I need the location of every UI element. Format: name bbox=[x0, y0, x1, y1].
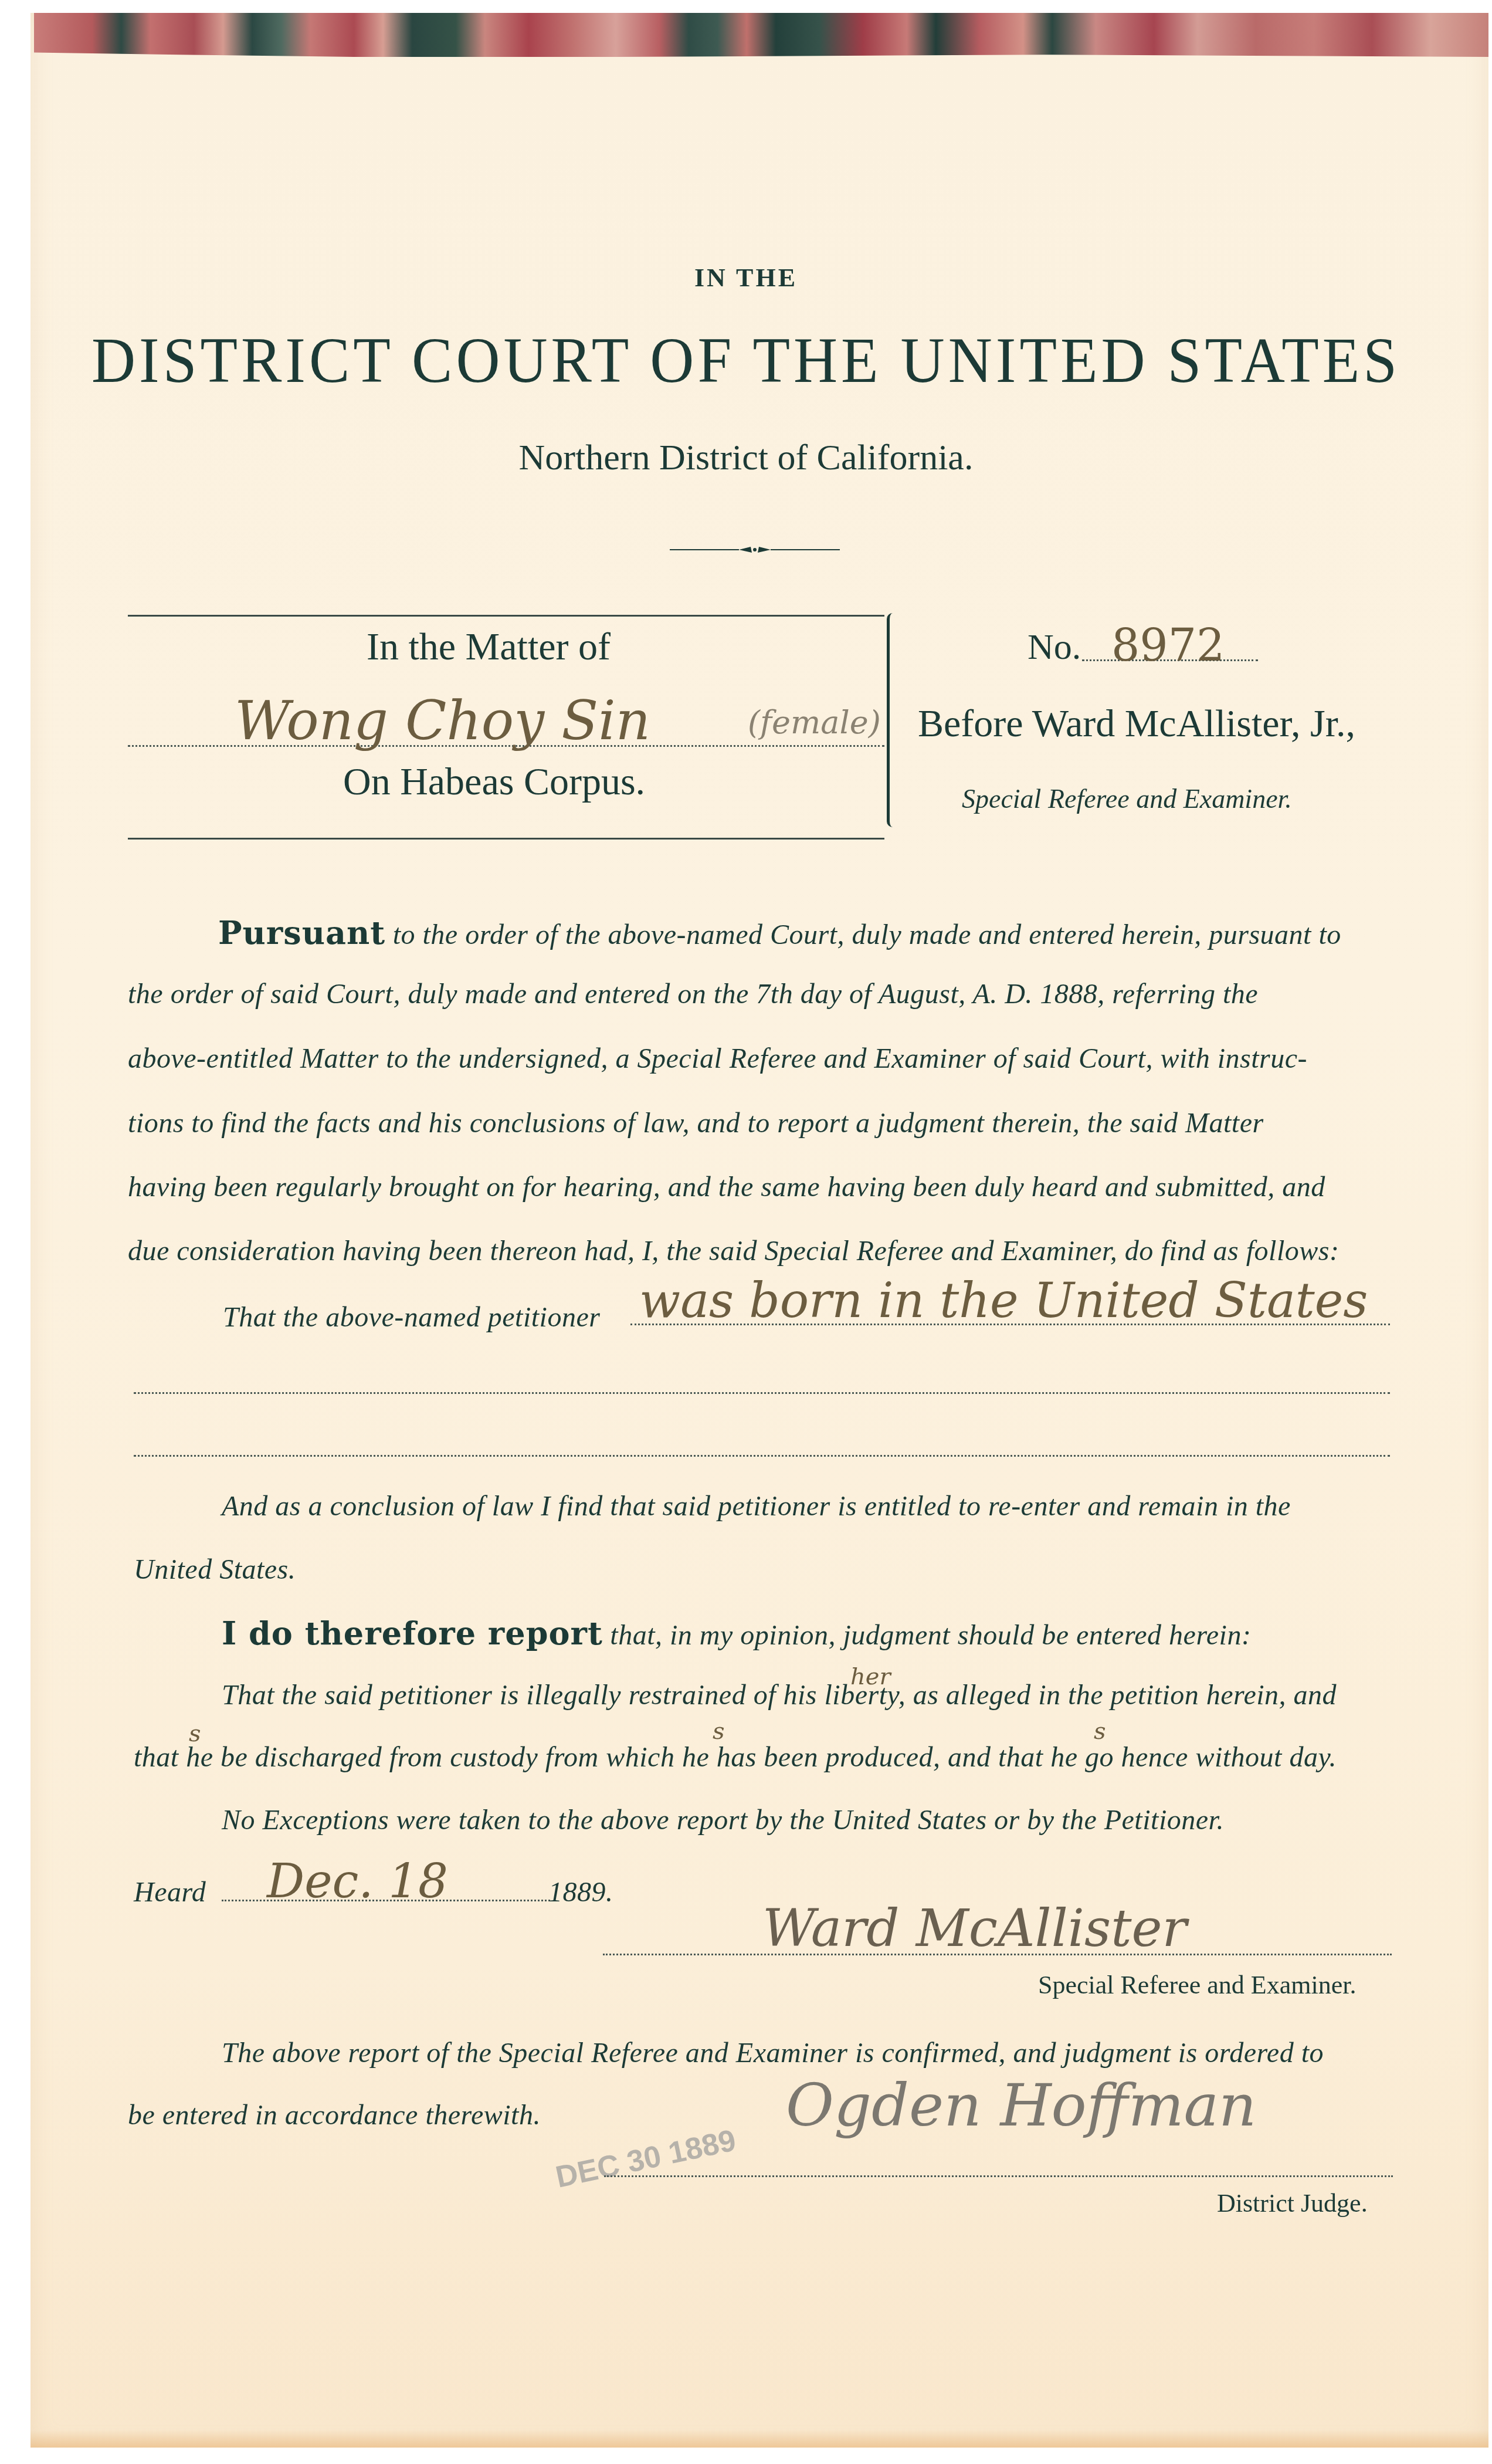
petitioner-note-handwritten: (female) bbox=[748, 704, 881, 741]
pursuant-lead: Pursuant bbox=[218, 914, 385, 952]
discharge-line: that he be discharged from custody from … bbox=[134, 1741, 1337, 1773]
referee-signature-title: Special Referee and Examiner. bbox=[1038, 1970, 1356, 2000]
paragraph-line-2: the order of said Court, duly made and e… bbox=[128, 978, 1258, 1010]
caption-bottom-rule bbox=[128, 838, 884, 840]
marbled-binding-strip bbox=[34, 13, 1488, 57]
finding-handwritten: was born in the United States bbox=[639, 1273, 1368, 1329]
referee-signature: Ward McAllister bbox=[762, 1898, 1187, 1958]
heard-label: Heard bbox=[134, 1876, 206, 1908]
caption-brace bbox=[887, 613, 900, 827]
court-name-heading: DISTRICT COURT OF THE UNITED STATES bbox=[0, 324, 1492, 397]
district-subheading: Northern District of California. bbox=[0, 437, 1492, 479]
paragraph-line-6: due consideration having been thereon ha… bbox=[128, 1235, 1339, 1267]
before-referee-text: Before Ward McAllister, Jr., bbox=[918, 702, 1355, 746]
discharge-correction-1: s bbox=[189, 1720, 201, 1747]
petitioner-name-handwritten: Wong Choy Sin bbox=[235, 689, 650, 752]
conclusion-line-2: United States. bbox=[134, 1553, 296, 1586]
heard-year: 1889. bbox=[548, 1876, 613, 1908]
referee-signature-line bbox=[603, 1954, 1392, 1955]
on-habeas-corpus-label: On Habeas Corpus. bbox=[343, 760, 645, 804]
judge-signature: Ogden Hoffman bbox=[786, 2071, 1257, 2140]
finding-blank-line-1 bbox=[134, 1392, 1390, 1394]
in-the-matter-of-label: In the Matter of bbox=[367, 625, 611, 669]
finding-prefix: That the above-named petitioner bbox=[223, 1301, 600, 1333]
paragraph-line-3: above-entitled Matter to the undersigned… bbox=[128, 1043, 1307, 1075]
judge-signature-line bbox=[604, 2175, 1393, 2177]
judge-title: District Judge. bbox=[1217, 2188, 1368, 2218]
report-line: I do therefore report that, in my opinio… bbox=[222, 1615, 1251, 1652]
case-number-handwritten: 8972 bbox=[1111, 619, 1225, 671]
paragraph-line-1: Pursuant to the order of the above-named… bbox=[218, 914, 1341, 952]
referee-title-text: Special Referee and Examiner. bbox=[962, 783, 1292, 814]
exceptions-line: No Exceptions were taken to the above re… bbox=[222, 1804, 1224, 1836]
ornament-divider-icon bbox=[670, 546, 840, 554]
caption-top-rule bbox=[128, 615, 884, 617]
finding-blank-line-2 bbox=[134, 1455, 1390, 1457]
case-number-label: No. bbox=[1028, 627, 1081, 668]
restrained-line: That the said petitioner is illegally re… bbox=[222, 1679, 1337, 1711]
header-in-the: IN THE bbox=[0, 263, 1492, 293]
discharge-correction-3: s bbox=[1094, 1718, 1106, 1745]
heard-date-handwritten: Dec. 18 bbox=[267, 1854, 448, 1908]
discharge-correction-2: s bbox=[713, 1718, 725, 1745]
confirmation-line-2: be entered in accordance therewith. bbox=[128, 2099, 541, 2131]
paragraph-line-4: tions to find the facts and his conclusi… bbox=[128, 1107, 1264, 1139]
conclusion-line-1: And as a conclusion of law I find that s… bbox=[222, 1490, 1291, 1522]
confirmation-line-1: The above report of the Special Referee … bbox=[222, 2037, 1324, 2069]
paragraph-line-5: having been regularly brought on for hea… bbox=[128, 1171, 1325, 1203]
report-lead: I do therefore report bbox=[222, 1615, 603, 1652]
